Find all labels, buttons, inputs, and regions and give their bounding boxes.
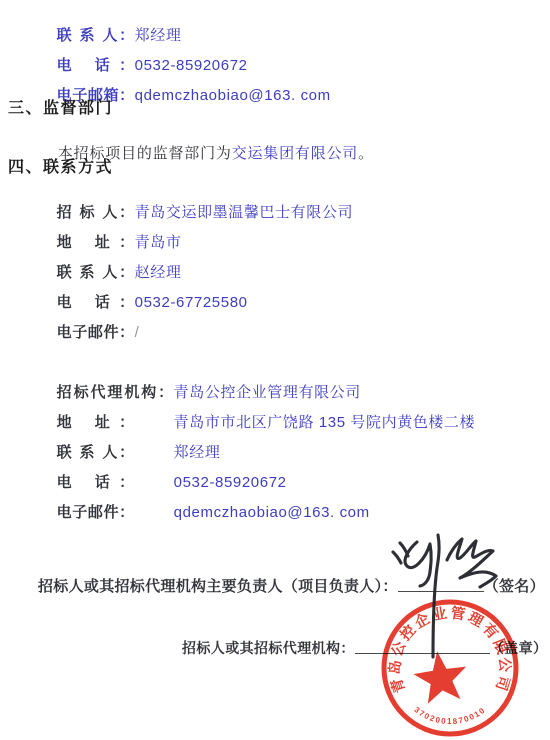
- field-label: 电子邮件：: [57, 501, 135, 522]
- signature-stroke: [393, 552, 401, 563]
- seal-line-label: 招标人或其招标代理机构：: [182, 640, 355, 656]
- field-label: 电子邮件：: [57, 321, 135, 342]
- field-value: /: [135, 324, 140, 341]
- tender-document-page: 联 系 人：郑经理 电 话：0532-85920672 电子邮箱：qdemczh…: [0, 0, 550, 740]
- supervision-org: 交运集团有限公司: [232, 145, 358, 162]
- signature-line-label: 招标人或其招标代理机构主要负责人（项目负责人）：: [38, 578, 398, 595]
- contact-value: qdemczhaobiao@163. com: [135, 87, 331, 104]
- signature-stroke: [433, 535, 439, 657]
- tenderer-row: 电子邮件：/: [38, 304, 139, 359]
- signature-stroke: [447, 539, 496, 587]
- section-heading-contacts: 四、联系方式: [8, 154, 113, 177]
- handwritten-signature: [383, 528, 515, 664]
- seal-number-text: 3702001870010: [412, 705, 487, 726]
- field-value: 0532-67725580: [135, 294, 248, 311]
- agency-row: 电子邮件：qdemczhaobiao@163. com: [38, 484, 370, 539]
- field-value: qdemczhaobiao@163. com: [174, 504, 370, 521]
- section-heading-supervision: 三、监督部门: [8, 95, 113, 118]
- paragraph-period: 。: [358, 145, 374, 162]
- signature-stroke: [405, 542, 431, 586]
